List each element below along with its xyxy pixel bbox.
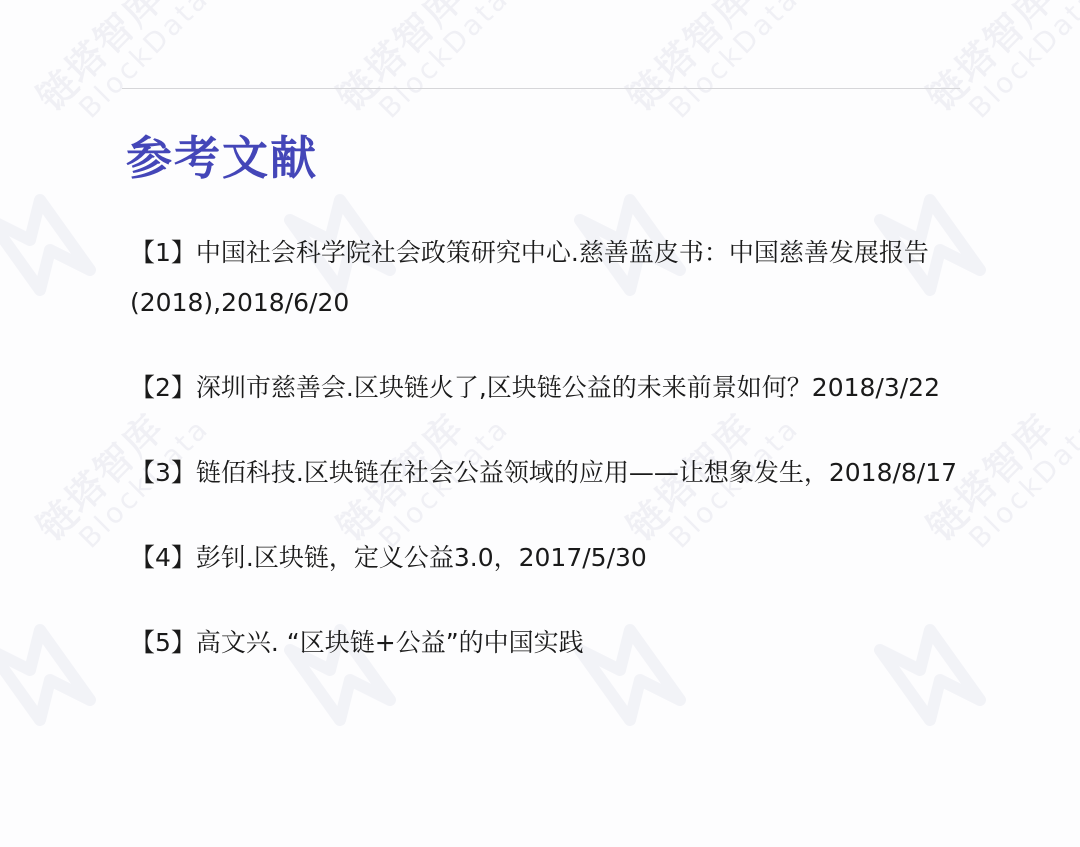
blockdata-logo-icon	[0, 620, 100, 730]
blockdata-logo-icon	[0, 190, 100, 300]
reference-text: 彭钊.区块链，定义公益3.0，2017/5/30	[196, 543, 647, 572]
reference-number: 【5】	[130, 628, 196, 657]
reference-number: 【1】	[130, 238, 196, 267]
reference-text: 高文兴. “区块链+公益”的中国实践	[196, 628, 584, 657]
reference-item-5: 【5】高文兴. “区块链+公益”的中国实践	[130, 618, 970, 668]
watermark-brand-en: BlockData	[374, 0, 515, 124]
watermark-brand-en: BlockData	[664, 0, 805, 124]
watermark-brand-cn: 链塔智库	[920, 0, 1080, 118]
reference-item-1: 【1】中国社会科学院社会政策研究中心.慈善蓝皮书：中国慈善发展报告(2018),…	[130, 228, 970, 328]
watermark-brand-cn: 链塔智库	[30, 0, 194, 118]
watermark-brand-cn: 链塔智库	[620, 0, 784, 118]
page-title: 参考文献	[126, 128, 318, 188]
reference-item-4: 【4】彭钊.区块链，定义公益3.0，2017/5/30	[130, 533, 970, 583]
reference-item-2: 【2】深圳市慈善会.区块链火了,区块链公益的未来前景如何？2018/3/22	[130, 363, 970, 413]
watermark-brand-cn: 链塔智库	[330, 0, 494, 118]
reference-text: 链佰科技.区块链在社会公益领域的应用——让想象发生，2018/8/17	[196, 458, 957, 487]
reference-item-3: 【3】链佰科技.区块链在社会公益领域的应用——让想象发生，2018/8/17	[130, 448, 970, 498]
reference-number: 【3】	[130, 458, 196, 487]
reference-number: 【2】	[130, 373, 196, 402]
reference-list: 【1】中国社会科学院社会政策研究中心.慈善蓝皮书：中国慈善发展报告(2018),…	[130, 228, 970, 668]
watermark-brand-en: BlockData	[964, 413, 1080, 554]
watermark-brand-en: BlockData	[964, 0, 1080, 124]
reference-text: 深圳市慈善会.区块链火了,区块链公益的未来前景如何？2018/3/22	[196, 373, 940, 402]
reference-number: 【4】	[130, 543, 196, 572]
top-divider	[122, 88, 960, 89]
reference-text: 中国社会科学院社会政策研究中心.慈善蓝皮书：中国慈善发展报告(2018),201…	[130, 238, 929, 317]
watermark-brand-en: BlockData	[74, 0, 215, 124]
